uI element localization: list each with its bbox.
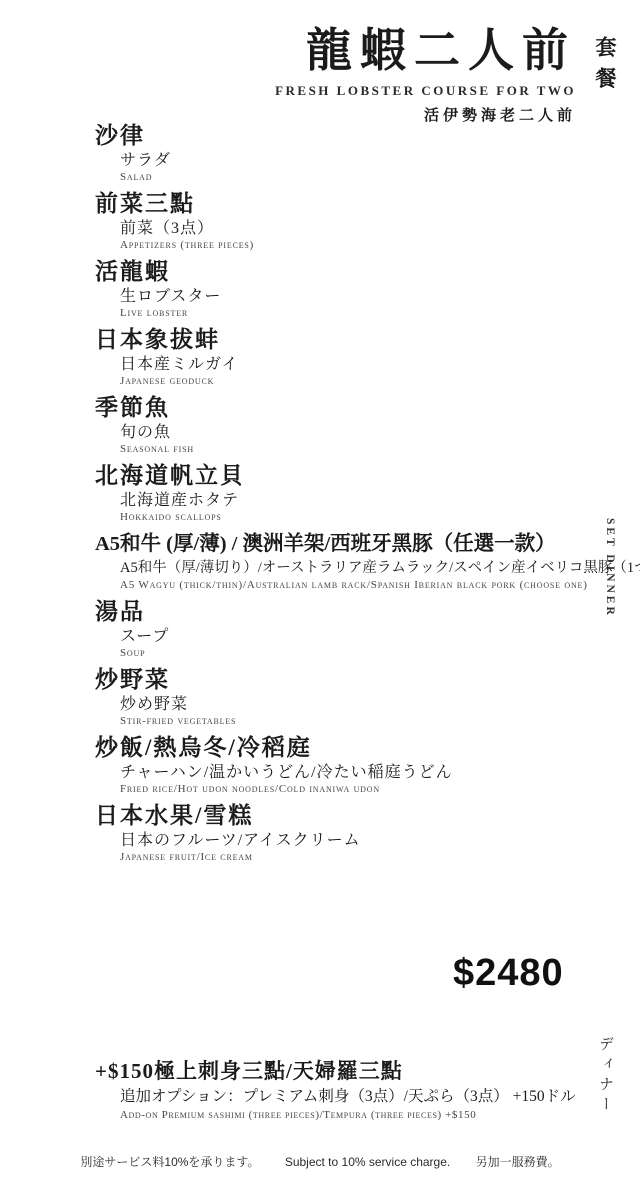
course-name-zh: 炒飯/熱烏冬/冷稻庭 bbox=[95, 734, 575, 762]
page-title: 龍蝦二人前 bbox=[0, 26, 576, 77]
course-item-appetizers: 前菜三點 前菜（3点） Appetizers (three pieces) bbox=[95, 190, 575, 252]
course-name-zh: 炒野菜 bbox=[95, 666, 575, 694]
course-name-en: Appetizers (three pieces) bbox=[95, 239, 575, 252]
course-name-en: Live lobster bbox=[95, 307, 575, 320]
course-name-en: Salad bbox=[95, 171, 575, 184]
course-name-en: Fried rice/Hot udon noodles/Cold inaniwa… bbox=[95, 783, 575, 796]
course-item-live-lobster: 活龍蝦 生ロブスター Live lobster bbox=[95, 258, 575, 320]
addon-ja: 追加オプション：プレミアム刺身（3点）/天ぷら（3点） +150ドル bbox=[95, 1086, 576, 1108]
course-name-en: Hokkaido scallops bbox=[95, 511, 575, 524]
course-name-en: Stir-fried vegetables bbox=[95, 715, 575, 728]
course-item-rice-udon: 炒飯/熱烏冬/冷稻庭 チャーハン/温かいうどん/冷たい稲庭うどん Fried r… bbox=[95, 734, 575, 796]
course-name-zh: 沙律 bbox=[95, 122, 575, 150]
course-item-salad: 沙律 サラダ Salad bbox=[95, 122, 575, 184]
course-item-main-choice: A5和牛 (厚/薄) / 澳洲羊架/西班牙黑豚（任選一款） A5和牛（厚/薄切り… bbox=[95, 530, 575, 592]
course-name-ja: スープ bbox=[95, 626, 575, 647]
course-name-zh: 前菜三點 bbox=[95, 190, 575, 218]
course-item-vegetables: 炒野菜 炒め野菜 Stir-fried vegetables bbox=[95, 666, 575, 728]
course-name-zh: 季節魚 bbox=[95, 394, 575, 422]
course-name-ja: 北海道産ホタテ bbox=[95, 490, 575, 511]
course-item-soup: 湯品 スープ Soup bbox=[95, 598, 575, 660]
course-name-ja: 前菜（3点） bbox=[95, 218, 575, 239]
course-name-ja: サラダ bbox=[95, 150, 575, 171]
side-label-set-meal: 套餐 bbox=[590, 36, 620, 98]
course-name-ja: 生ロブスター bbox=[95, 286, 575, 307]
service-charge-zh: 另加一服務費。 bbox=[476, 1155, 560, 1169]
service-charge-en: Subject to 10% service charge. bbox=[285, 1155, 450, 1169]
course-name-ja: 旬の魚 bbox=[95, 422, 575, 443]
service-charge-ja: 別途サービス料10%を承ります。 bbox=[80, 1155, 259, 1169]
course-name-ja: 日本のフルーツ/アイスクリーム bbox=[95, 830, 575, 851]
addon-zh: +$150極上刺身三點/天婦羅三點 bbox=[95, 1058, 576, 1084]
course-name-en: Seasonal fish bbox=[95, 443, 575, 456]
course-name-en: Japanese geoduck bbox=[95, 375, 575, 388]
course-item-seasonal-fish: 季節魚 旬の魚 Seasonal fish bbox=[95, 394, 575, 456]
menu-subtitle-en: FRESH LOBSTER COURSE FOR TWO bbox=[0, 83, 576, 99]
side-label-dinner: ディナー bbox=[595, 1036, 616, 1116]
course-name-zh: 活龍蝦 bbox=[95, 258, 575, 286]
course-item-dessert: 日本水果/雪糕 日本のフルーツ/アイスクリーム Japanese fruit/I… bbox=[95, 802, 575, 864]
course-list: 沙律 サラダ Salad 前菜三點 前菜（3点） Appetizers (thr… bbox=[95, 122, 575, 870]
course-name-ja: 日本産ミルガイ bbox=[95, 354, 575, 375]
course-name-zh: 湯品 bbox=[95, 598, 575, 626]
course-item-scallops: 北海道帆立貝 北海道産ホタテ Hokkaido scallops bbox=[95, 462, 575, 524]
course-name-en: Japanese fruit/Ice cream bbox=[95, 851, 575, 864]
addon-option: +$150極上刺身三點/天婦羅三點 追加オプション：プレミアム刺身（3点）/天ぷ… bbox=[95, 1058, 576, 1122]
course-name-zh: A5和牛 (厚/薄) / 澳洲羊架/西班牙黑豚（任選一款） bbox=[95, 530, 575, 558]
course-name-en: A5 Wagyu (thick/thin)/Australian lamb ra… bbox=[95, 579, 575, 592]
course-name-ja: チャーハン/温かいうどん/冷たい稲庭うどん bbox=[95, 762, 575, 783]
service-charge-note: 別途サービス料10%を承ります。 Subject to 10% service … bbox=[0, 1153, 640, 1170]
course-name-zh: 日本水果/雪糕 bbox=[95, 802, 575, 830]
course-name-ja: A5和牛（厚/薄切り）/オーストラリア産ラムラック/スペイン産イベリコ黒豚（1つ… bbox=[95, 558, 575, 579]
course-name-zh: 日本象拔蚌 bbox=[95, 326, 575, 354]
course-name-zh: 北海道帆立貝 bbox=[95, 462, 575, 490]
menu-header: 龍蝦二人前 FRESH LOBSTER COURSE FOR TWO 活伊勢海老… bbox=[0, 26, 576, 125]
menu-page: 龍蝦二人前 FRESH LOBSTER COURSE FOR TWO 活伊勢海老… bbox=[0, 0, 640, 1189]
course-name-ja: 炒め野菜 bbox=[95, 694, 575, 715]
price: $2480 bbox=[453, 952, 564, 995]
course-item-geoduck: 日本象拔蚌 日本産ミルガイ Japanese geoduck bbox=[95, 326, 575, 388]
course-name-en: Soup bbox=[95, 647, 575, 660]
addon-en: Add-on Premium sashimi (three pieces)/Te… bbox=[95, 1108, 576, 1122]
